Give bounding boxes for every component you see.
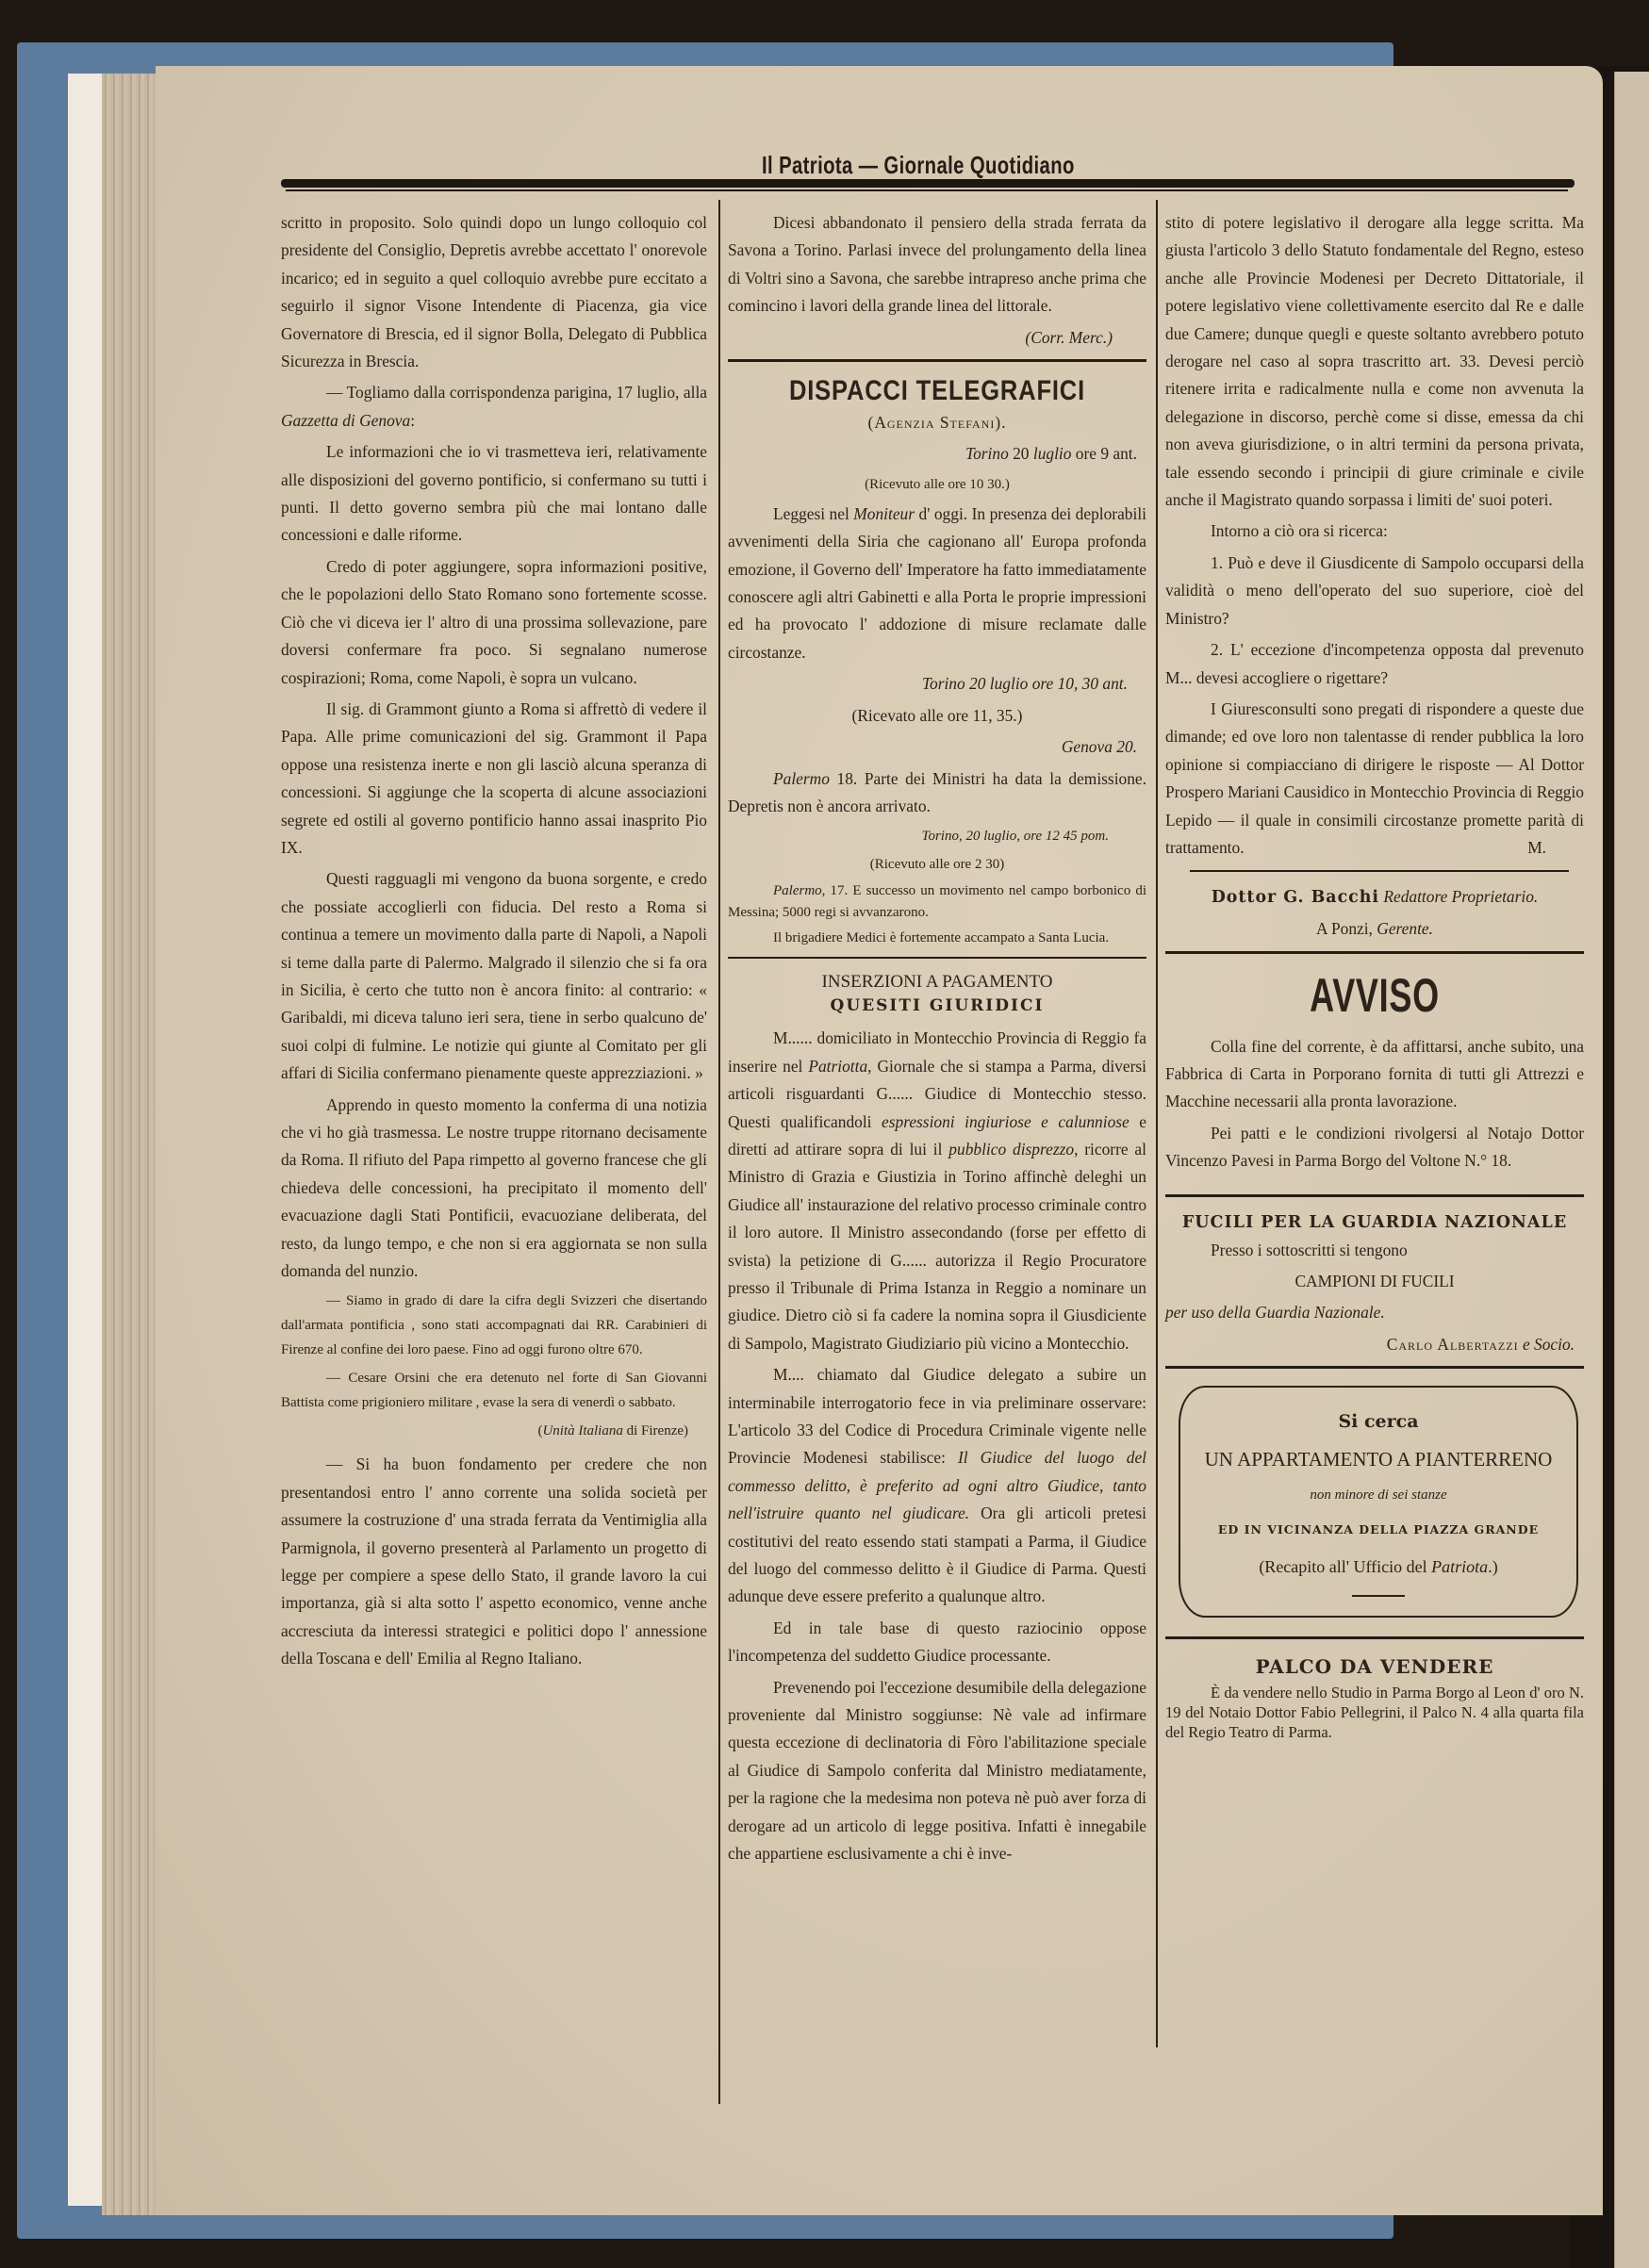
question-item: 1. Può e deve il Giusdicente di Sampolo … [1165, 550, 1584, 633]
news-brief: — Siamo in grado di dare la cifra degli … [281, 1289, 707, 1362]
dateline: Torino 20 luglio ore 10, 30 ant. [728, 670, 1146, 698]
article-paragraph: Le informazioni che io vi trasmetteva ie… [281, 438, 707, 550]
dispatch-text: Leggesi nel Moniteur d' oggi. In presenz… [728, 501, 1146, 666]
column-right: stito di potere legislativo il derogare … [1165, 209, 1584, 1746]
apartment-wanted-ad: Si cerca UN APPARTAMENTO A PIANTERRENO n… [1179, 1386, 1578, 1618]
article-paragraph: M.... chiamato dal Giudice delegato a su… [728, 1361, 1146, 1611]
notice-paragraph: Pei patti e le condizioni rivolgersi al … [1165, 1120, 1584, 1175]
agency-name: (Agenzia Stefani). [728, 409, 1146, 436]
dateline: Genova 20. [728, 733, 1146, 761]
article-paragraph: Credo di poter aggiungere, sopra informa… [281, 553, 707, 692]
flyleaf [68, 74, 104, 2206]
column-middle: Dicesi abbandonato il pensiero della str… [728, 209, 1146, 1872]
ornament-dash [1352, 1595, 1405, 1597]
received-time: (Ricevuto alle ore 10 30.) [728, 472, 1146, 497]
column-divider [718, 200, 720, 2104]
dispatch-text: Palermo 18. Parte dei Ministri ha data l… [728, 765, 1146, 821]
article-paragraph: Ed in tale base di questo raziocinio opp… [728, 1615, 1146, 1670]
ad-line: ED IN VICINANZA DELLA PIAZZA GRANDE [1190, 1512, 1567, 1548]
rifles-ad-heading: FUCILI PER LA GUARDIA NAZIONALE [1165, 1208, 1584, 1237]
box-for-sale-heading: PALCO DA VENDERE [1165, 1651, 1584, 1683]
running-head: Il Patriota — Giornale Quotidiano [762, 151, 1075, 180]
dispatch-text: Palermo, 17. E successo un movimento nel… [728, 880, 1146, 924]
notice-paragraph: Colla fine del corrente, è da affittarsi… [1165, 1033, 1584, 1116]
section-rule [1165, 1636, 1584, 1639]
article-paragraph: M...... domiciliato in Montecchio Provin… [728, 1025, 1146, 1357]
article-paragraph: Questi ragguagli mi vengono da buona sor… [281, 865, 707, 1087]
editor-credit: Dottor G. Bacchi Redattore Proprietario. [1165, 883, 1584, 912]
adjacent-page-edge [1614, 72, 1649, 2268]
ad-title: Si cerca [1190, 1403, 1567, 1440]
dateline: Torino 20 luglio ore 9 ant. [728, 440, 1146, 468]
news-brief: — Cesare Orsini che era detenuto nel for… [281, 1366, 707, 1415]
dateline: Torino, 20 luglio, ore 12 45 pom. [728, 824, 1146, 848]
section-rule [1165, 951, 1584, 954]
article-paragraph: Il sig. di Grammont giunto a Roma si aff… [281, 696, 707, 862]
section-rule [728, 359, 1146, 362]
dispatches-heading: DISPACCI TELEGRAFICI [759, 373, 1114, 409]
ad-signature: Carlo Albertazzi e Socio. [1165, 1331, 1584, 1358]
page-stack-edges [102, 74, 158, 2215]
section-rule [1165, 1366, 1584, 1369]
manager-credit: A Ponzi, Gerente. [1165, 915, 1584, 943]
ad-text: per uso della Guardia Nazionale. [1165, 1299, 1584, 1326]
question-item: 2. L' eccezione d'incompetenza opposta d… [1165, 636, 1584, 692]
source-credit: (Corr. Merc.) [728, 324, 1146, 352]
source-credit: (Unità Italiana di Firenze) [281, 1419, 707, 1443]
section-rule [1165, 1194, 1584, 1197]
column-left: scritto in proposito. Solo quindi dopo u… [281, 209, 707, 1677]
received-time: (Ricevuto alle ore 2 30) [728, 852, 1146, 877]
section-rule [728, 957, 1146, 959]
notice-heading: AVVISO [1224, 965, 1525, 1026]
ad-text: È da vendere nello Studio in Parma Borgo… [1165, 1683, 1584, 1742]
article-paragraph: Intorno a ciò ora si ricerca: [1165, 518, 1584, 545]
dispatch-text: Il brigadiere Medici è fortemente accamp… [728, 928, 1146, 949]
article-paragraph: Apprendo in questo momento la conferma d… [281, 1092, 707, 1286]
legal-questions-heading: QUESITI GIURIDICI [728, 994, 1146, 1017]
ad-contact: (Recapito all' Ufficio del Patriota.) [1190, 1548, 1567, 1586]
ad-line: non minore di sei stanze [1190, 1478, 1567, 1512]
ad-text: Presso i sottoscritti si tengono [1165, 1237, 1584, 1264]
header-rule-thick [281, 179, 1575, 188]
article-paragraph: Prevenendo poi l'eccezione desumibile de… [728, 1674, 1146, 1868]
column-divider [1156, 200, 1158, 2047]
article-paragraph: — Togliamo dalla corrispondenza parigina… [281, 379, 707, 435]
header-rule-thin [286, 189, 1568, 191]
article-paragraph: — Si ha buon fondamento per credere che … [281, 1451, 707, 1672]
ad-text: CAMPIONI DI FUCILI [1165, 1268, 1584, 1295]
article-paragraph: Dicesi abbandonato il pensiero della str… [728, 209, 1146, 320]
received-time: (Ricevato alle ore 11, 35.) [728, 702, 1146, 730]
section-rule [1190, 870, 1569, 872]
paid-insertions-heading: INSERZIONI A PAGAMENTO [728, 970, 1146, 994]
ad-line: UN APPARTAMENTO A PIANTERRENO [1190, 1440, 1567, 1478]
article-paragraph: scritto in proposito. Solo quindi dopo u… [281, 209, 707, 375]
article-paragraph: stito di potere legislativo il derogare … [1165, 209, 1584, 514]
